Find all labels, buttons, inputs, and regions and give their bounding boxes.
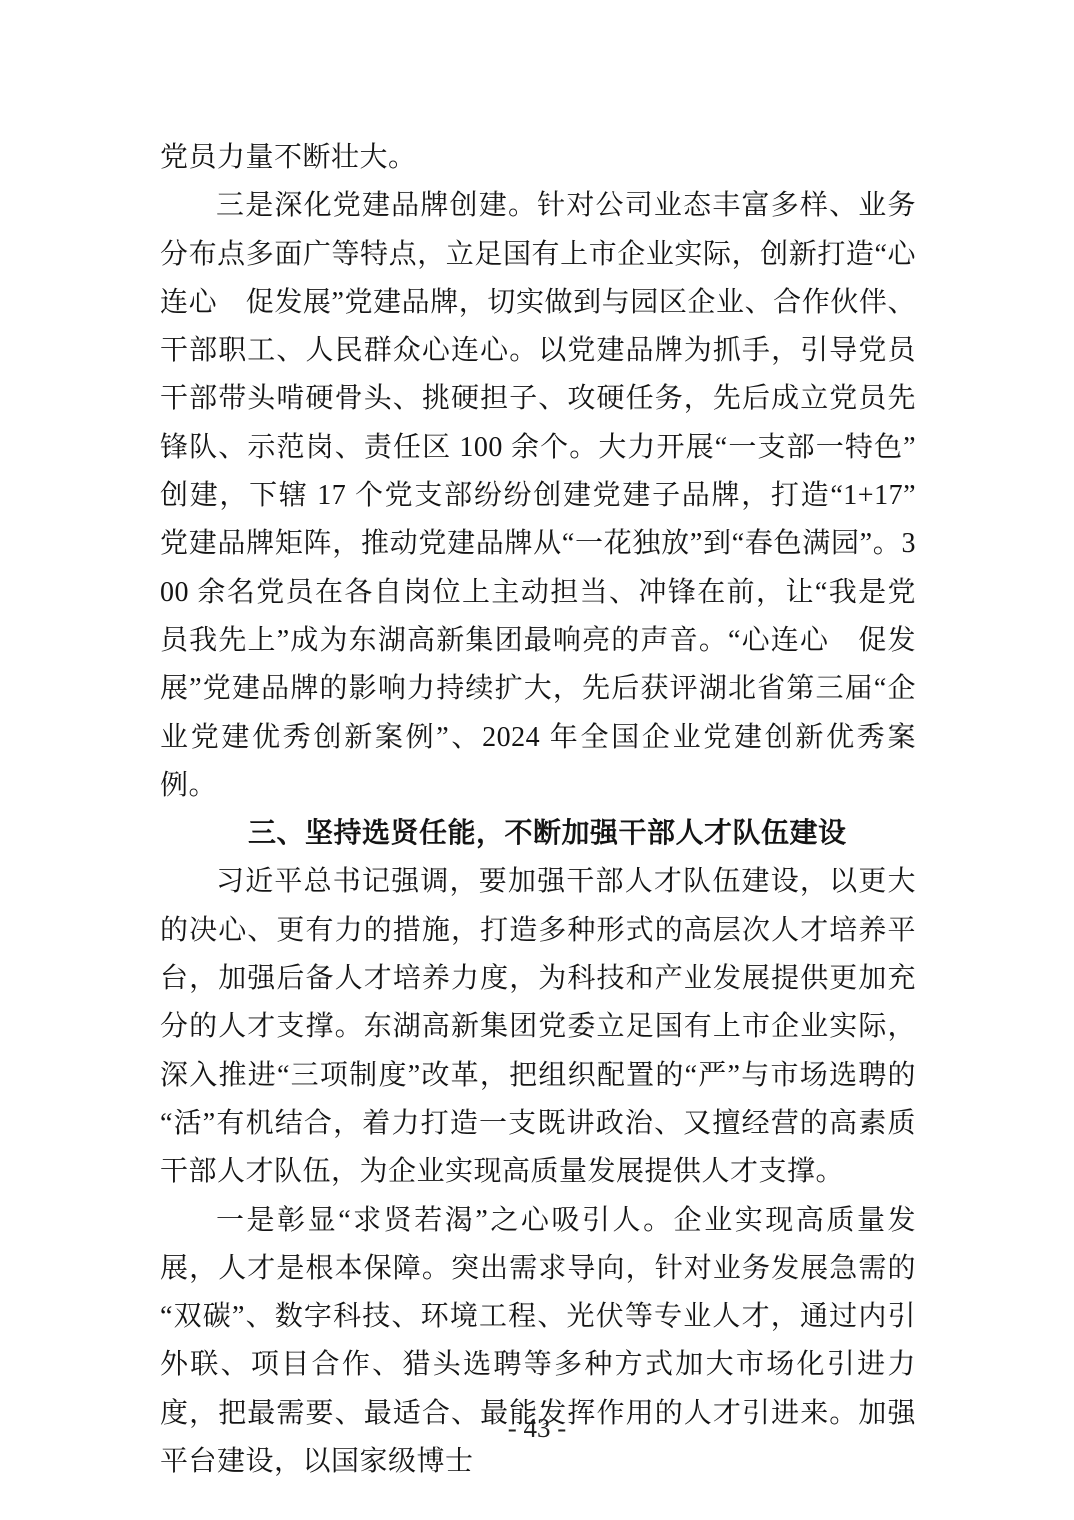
document-body: 党员力量不断壮大。 三是深化党建品牌创建。针对公司业态丰富多样、业务分布点多面广… bbox=[160, 134, 916, 1486]
paragraph-talent-team: 习近平总书记强调，要加强干部人才队伍建设，以更大的决心、更有力的措施，打造多种形… bbox=[160, 858, 916, 1196]
paragraph-party-brand: 三是深化党建品牌创建。针对公司业态丰富多样、业务分布点多面广等特点，立足国有上市… bbox=[160, 182, 916, 810]
document-page: 党员力量不断壮大。 三是深化党建品牌创建。针对公司业态丰富多样、业务分布点多面广… bbox=[0, 0, 1074, 1520]
page-number-footer: - 43 - bbox=[0, 1408, 1074, 1448]
paragraph-continuation: 党员力量不断壮大。 bbox=[160, 134, 916, 182]
section-heading: 三、坚持选贤任能，不断加强干部人才队伍建设 bbox=[160, 810, 916, 858]
